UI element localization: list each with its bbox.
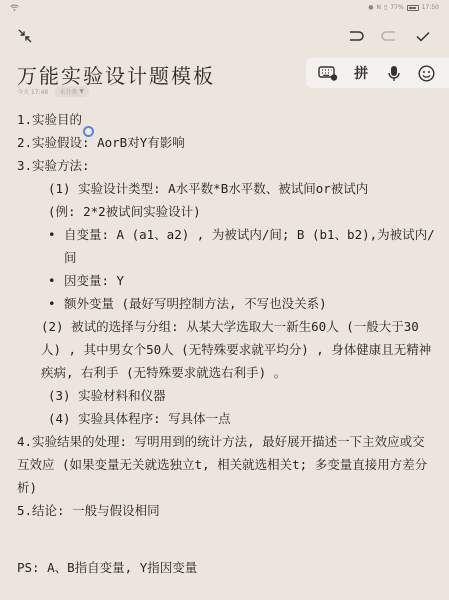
- check-icon: [416, 31, 430, 42]
- category-label: 未分类: [59, 87, 77, 96]
- eye-icon: ●: [368, 4, 373, 11]
- section-4: 4.实验结果的处理: 写明用到的统计方法, 最好展开描述一下主效应或交互效应 (…: [17, 430, 437, 499]
- collapse-arrows-icon: [18, 29, 32, 43]
- vibrate-icon: ▯: [384, 4, 387, 11]
- battery-percent: 77%: [390, 4, 403, 11]
- ime-toolbar: 拼: [306, 58, 449, 88]
- chevron-down-icon: ▼: [79, 88, 84, 95]
- method-2: (2) 被试的选择与分组: 从某大学选取大一新生60人 (一般大于30人) , …: [17, 315, 437, 384]
- note-meta: 今天 17:48 未分类 ▼: [17, 86, 89, 97]
- emoji-button[interactable]: [415, 61, 439, 85]
- bullet-extraneous-variable: • 额外变量 (最好写明控制方法, 不写也没关系): [17, 292, 437, 315]
- bullet-dependent-variable: • 因变量: Y: [17, 269, 437, 292]
- voice-input-button[interactable]: [382, 61, 406, 85]
- keyboard-button[interactable]: [316, 61, 340, 85]
- section-5: 5.结论: 一般与假设相同: [17, 499, 437, 522]
- bullet-icon: •: [48, 223, 64, 269]
- section-3: 3.实验方法:: [17, 154, 437, 177]
- note-date: 今天 17:48: [17, 87, 48, 96]
- category-dropdown[interactable]: 未分类 ▼: [54, 86, 89, 97]
- battery-icon: [407, 5, 419, 11]
- redo-button[interactable]: [378, 26, 400, 46]
- method-4: (4) 实验具体程序: 写具体一点: [17, 407, 437, 430]
- note-body[interactable]: 1.实验目的 2.实验假设: AorB对Y有影响 3.实验方法: (1) 实验设…: [17, 108, 437, 579]
- status-bar: ● N ▯ 77% 17:50: [0, 0, 449, 18]
- redo-icon: [381, 30, 397, 42]
- postscript: PS: A、B指自变量, Y指因变量: [17, 556, 437, 579]
- done-button[interactable]: [412, 26, 434, 46]
- method-3: (3) 实验材料和仪器: [17, 384, 437, 407]
- bullet-icon: •: [48, 292, 64, 315]
- bullet-independent-variable: • 自变量: A (a1、a2) , 为被试内/间; B (b1、b2),为被试…: [17, 223, 437, 269]
- undo-button[interactable]: [345, 26, 367, 46]
- method-1: (1) 实验设计类型: A水平数*B水平数、被试间or被试内: [17, 177, 437, 200]
- section-1: 1.实验目的: [17, 108, 437, 131]
- nfc-icon: N: [377, 4, 382, 11]
- undo-icon: [348, 30, 364, 42]
- note-title[interactable]: 万能实验设计题模板: [17, 60, 215, 89]
- keyboard-icon: [318, 65, 338, 81]
- editor-toolbar: [0, 22, 449, 50]
- pinyin-button[interactable]: 拼: [349, 61, 373, 85]
- clock: 17:50: [422, 4, 439, 11]
- smiley-icon: [418, 65, 435, 82]
- text-cursor-handle[interactable]: [83, 126, 94, 137]
- bullet-icon: •: [48, 269, 64, 292]
- section-2: 2.实验假设: AorB对Y有影响: [17, 131, 437, 154]
- method-1-example: (例: 2*2被试间实验设计): [17, 200, 437, 223]
- wifi-icon: [10, 4, 19, 13]
- microphone-icon: [388, 65, 400, 82]
- collapse-button[interactable]: [14, 26, 36, 46]
